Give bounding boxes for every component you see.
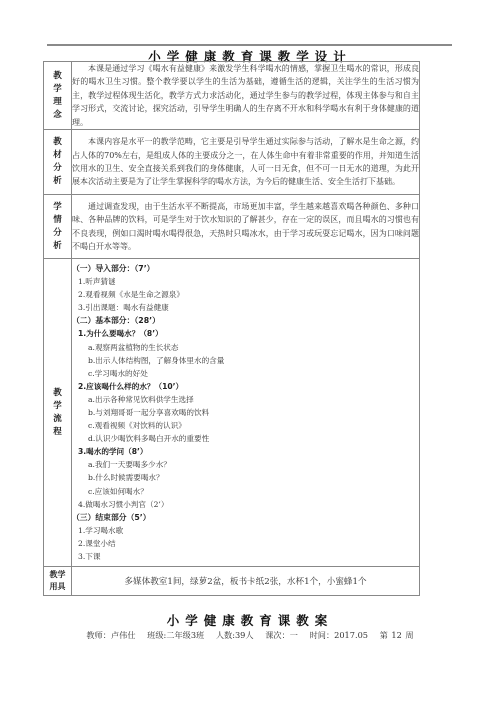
topic-title: 1.为什么要喝水？（8’） (72, 327, 419, 340)
basic-heading: （二）基本部分：（28’） (72, 314, 419, 327)
ending-item: 2.课堂小结 (72, 537, 419, 550)
label-teaching-philosophy: 教 学 理 念 (44, 62, 72, 130)
row-teaching-tools: 教学 用具 多媒体教室1间，绿萝2盆，板书卡纸2张，水杯1个，小蜜蜂1个 (44, 567, 420, 596)
row-material-analysis: 教 材 分 析 本课内容是水平一的教学范畴，它主要是引导学生通过实际参与活动，了… (44, 130, 420, 195)
topic-title: 2.应该喝什么样的水？（10’） (72, 380, 419, 393)
teacher-info: 教师：卢伟仕 (86, 630, 135, 640)
topic-item: c.学习喝水的好处 (72, 367, 419, 380)
topic-item: d.认识少喝饮料多喝白开水的重要性 (72, 432, 419, 445)
intro-item: 3.引出课题：喝水有益健康 (72, 301, 419, 314)
student-count-info: 人数:39人 (216, 630, 254, 640)
lesson-design-table: 教 学 理 念 本课是通过学习《喝水有益健康》来激发学生科学喝水的情感，掌握卫生… (43, 61, 420, 596)
label-material-analysis: 教 材 分 析 (44, 130, 72, 195)
label-teaching-process: 教 学 流 程 (44, 259, 72, 567)
content-teaching-process: （一）导入部分：（7’） 1.听声猜谜 2.观看视频《水是生命之源泉》 3.引出… (72, 259, 420, 567)
lesson-number-info: 课次：一 (265, 630, 298, 640)
ending-item: 3.下课 (72, 550, 419, 563)
topic-item: b.什么时候需要喝水？ (72, 471, 419, 484)
label-student-analysis: 学 情 分 析 (44, 195, 72, 259)
topic-item: b.出示人体结构图，了解身体里水的含量 (72, 354, 419, 367)
label-teaching-tools: 教学 用具 (44, 567, 72, 596)
intro-item: 1.听声猜谜 (72, 275, 419, 288)
row-student-analysis: 学 情 分 析 通过调查发现，由于生活水平不断提高，市场更加丰富，学生越来越喜欢… (44, 195, 420, 259)
content-student-analysis: 通过调查发现，由于生活水平不断提高，市场更加丰富，学生越来越喜欢喝各种颜色、多种… (72, 195, 420, 259)
week-info: 第 12 周 (380, 630, 414, 640)
intro-heading: （一）导入部分：（7’） (72, 262, 419, 275)
class-info: 班级:二年级3班 (147, 630, 204, 640)
topic-extra: 4.做喝水习惯小判官（2’） (72, 498, 419, 511)
row-teaching-philosophy: 教 学 理 念 本课是通过学习《喝水有益健康》来激发学生科学喝水的情感，掌握卫生… (44, 62, 420, 130)
lesson-plan-title: 小学健康教育课教案 (0, 611, 500, 629)
lesson-info-line: 教师：卢伟仕 班级:二年级3班 人数:39人 课次：一 时间：2017.05 第… (0, 630, 500, 641)
ending-item: 1.学习喝水歌 (72, 524, 419, 537)
content-teaching-tools: 多媒体教室1间，绿萝2盆，板书卡纸2张，水杯1个，小蜜蜂1个 (72, 567, 420, 596)
topic-item: c.观看视频《对饮料的认识》 (72, 419, 419, 432)
ending-heading: （三）结束部分（5’） (72, 511, 419, 524)
content-material-analysis: 本课内容是水平一的教学范畴，它主要是引导学生通过实际参与活动，了解水是生命之源，… (72, 130, 420, 195)
topic-item: a.观察两盆植物的生长状态 (72, 341, 419, 354)
intro-item: 2.观看视频《水是生命之源泉》 (72, 288, 419, 301)
time-info: 时间：2017.05 (310, 630, 368, 640)
content-teaching-philosophy: 本课是通过学习《喝水有益健康》来激发学生科学喝水的情感，掌握卫生喝水的常识，形成… (72, 62, 420, 130)
topic-title: 3.喝水的学问（8’） (72, 445, 419, 458)
topic-item: c.应该如何喝水？ (72, 485, 419, 498)
topic-item: a.出示各种常见饮料供学生选择 (72, 393, 419, 406)
row-teaching-process: 教 学 流 程 （一）导入部分：（7’） 1.听声猜谜 2.观看视频《水是生命之… (44, 259, 420, 567)
topic-item: a.我们一天要喝多少水？ (72, 458, 419, 471)
topic-item: b.与刘翔哥哥一起分享喜欢喝的饮料 (72, 406, 419, 419)
top-horizontal-rule (47, 44, 452, 46)
